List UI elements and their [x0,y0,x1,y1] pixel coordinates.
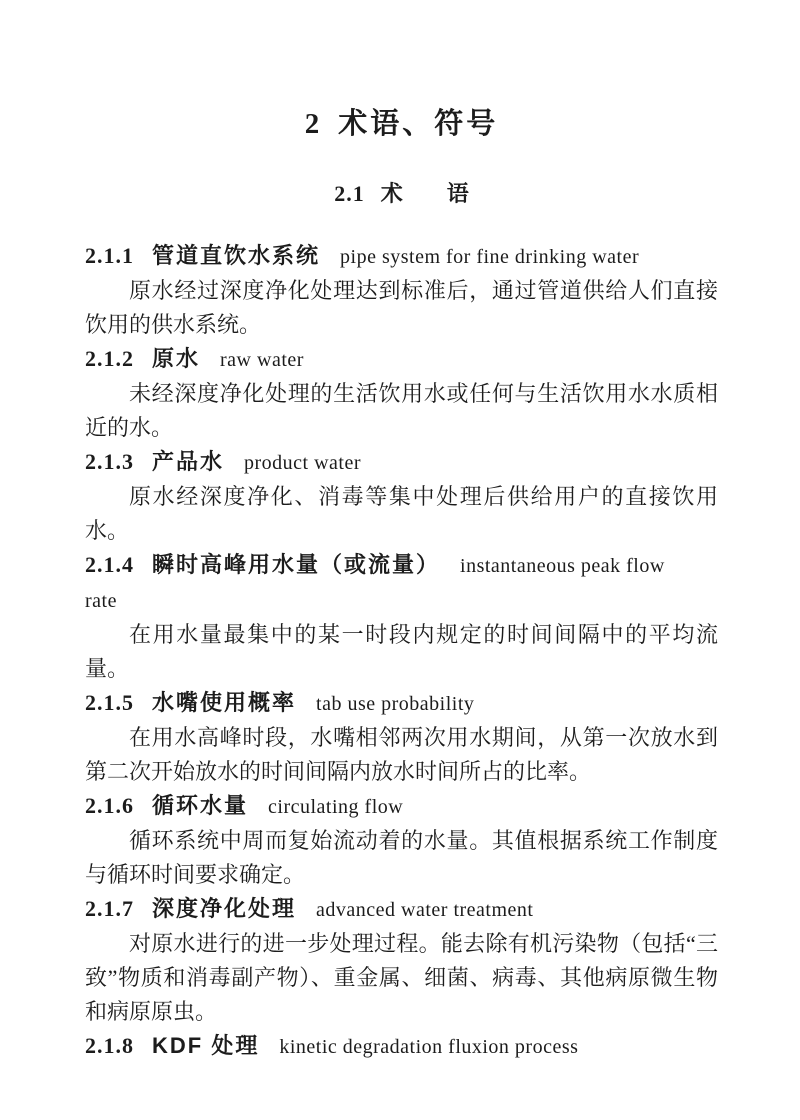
clause-definition: 在用水量最集中的某一时段内规定的时间间隔中的平均流量。 [85,618,718,686]
term-chinese: 瞬时高峰用水量（或流量） [152,552,440,577]
chapter-title: 2术语、符号 [85,106,718,143]
term-english: raw water [220,349,304,371]
clause-2-1-4: 2.1.4瞬时高峰用水量（或流量）instantaneous peak flow… [85,548,718,686]
clause-heading: 2.1.6循环水量circulating flow [85,789,718,824]
term-english: advanced water treatment [316,899,533,921]
clause-2-1-1: 2.1.1管道直饮水系统pipe system for fine drinkin… [85,239,718,342]
clause-definition: 对原水进行的进一步处理过程。能去除有机污染物（包括“三致”物质和消毒副产物）、重… [85,927,718,1029]
clause-definition: 原水经过深度净化处理达到标准后，通过管道供给人们直接饮用的供水系统。 [85,274,718,342]
term-english: tab use probability [316,693,474,715]
clause-heading: 2.1.1管道直饮水系统pipe system for fine drinkin… [85,239,718,274]
term-chinese: 水嘴使用概率 [152,690,296,715]
clause-heading: 2.1.2原水raw water [85,342,718,377]
clause-heading: 2.1.8KDF 处理kinetic degradation fluxion p… [85,1029,718,1064]
clause-number: 2.1.2 [85,346,134,371]
document-page: 2术语、符号 2.1术语 2.1.1管道直饮水系统pipe system for… [0,0,800,1120]
section-number: 2.1 [334,181,365,206]
clause-definition: 未经深度净化处理的生活饮用水或任何与生活饮用水水质相近的水。 [85,377,718,445]
term-chinese: KDF 处理 [152,1033,259,1058]
clause-2-1-3: 2.1.3产品水product water 原水经深度净化、消毒等集中处理后供给… [85,445,718,548]
section-heading: 2.1术语 [85,181,718,207]
clause-number: 2.1.4 [85,552,134,577]
term-chinese: 原水 [152,346,200,371]
clause-heading: 2.1.3产品水product water [85,445,718,480]
terms-list: 2.1.1管道直饮水系统pipe system for fine drinkin… [85,239,718,1064]
clause-heading: 2.1.4瞬时高峰用水量（或流量）instantaneous peak flow… [85,548,718,618]
term-english: kinetic degradation fluxion process [279,1036,578,1058]
term-english: circulating flow [268,796,403,818]
clause-2-1-7: 2.1.7深度净化处理advanced water treatment 对原水进… [85,892,718,1029]
clause-2-1-2: 2.1.2原水raw water 未经深度净化处理的生活饮用水或任何与生活饮用水… [85,342,718,445]
clause-number: 2.1.8 [85,1033,134,1058]
clause-2-1-5: 2.1.5水嘴使用概率tab use probability 在用水高峰时段，水… [85,686,718,789]
term-english: product water [244,452,361,474]
section-name: 术语 [381,181,513,206]
term-chinese: 循环水量 [152,793,248,818]
clause-number: 2.1.7 [85,896,134,921]
clause-2-1-6: 2.1.6循环水量circulating flow 循环系统中周而复始流动着的水… [85,789,718,892]
clause-definition: 原水经深度净化、消毒等集中处理后供给用户的直接饮用水。 [85,480,718,548]
chapter-number: 2 [305,108,323,140]
clause-definition: 在用水高峰时段，水嘴相邻两次用水期间，从第一次放水到第二次开始放水的时间间隔内放… [85,721,718,789]
clause-heading: 2.1.5水嘴使用概率tab use probability [85,686,718,721]
term-chinese: 深度净化处理 [152,896,296,921]
clause-definition: 循环系统中周而复始流动着的水量。其值根据系统工作制度与循环时间要求确定。 [85,824,718,892]
clause-heading: 2.1.7深度净化处理advanced water treatment [85,892,718,927]
clause-number: 2.1.1 [85,243,134,268]
term-chinese: 管道直饮水系统 [152,243,320,268]
clause-number: 2.1.6 [85,793,134,818]
term-chinese: 产品水 [152,449,224,474]
term-english: pipe system for fine drinking water [340,246,639,268]
clause-number: 2.1.5 [85,690,134,715]
clause-number: 2.1.3 [85,449,134,474]
chapter-name: 术语、符号 [338,108,498,140]
clause-2-1-8: 2.1.8KDF 处理kinetic degradation fluxion p… [85,1029,718,1064]
